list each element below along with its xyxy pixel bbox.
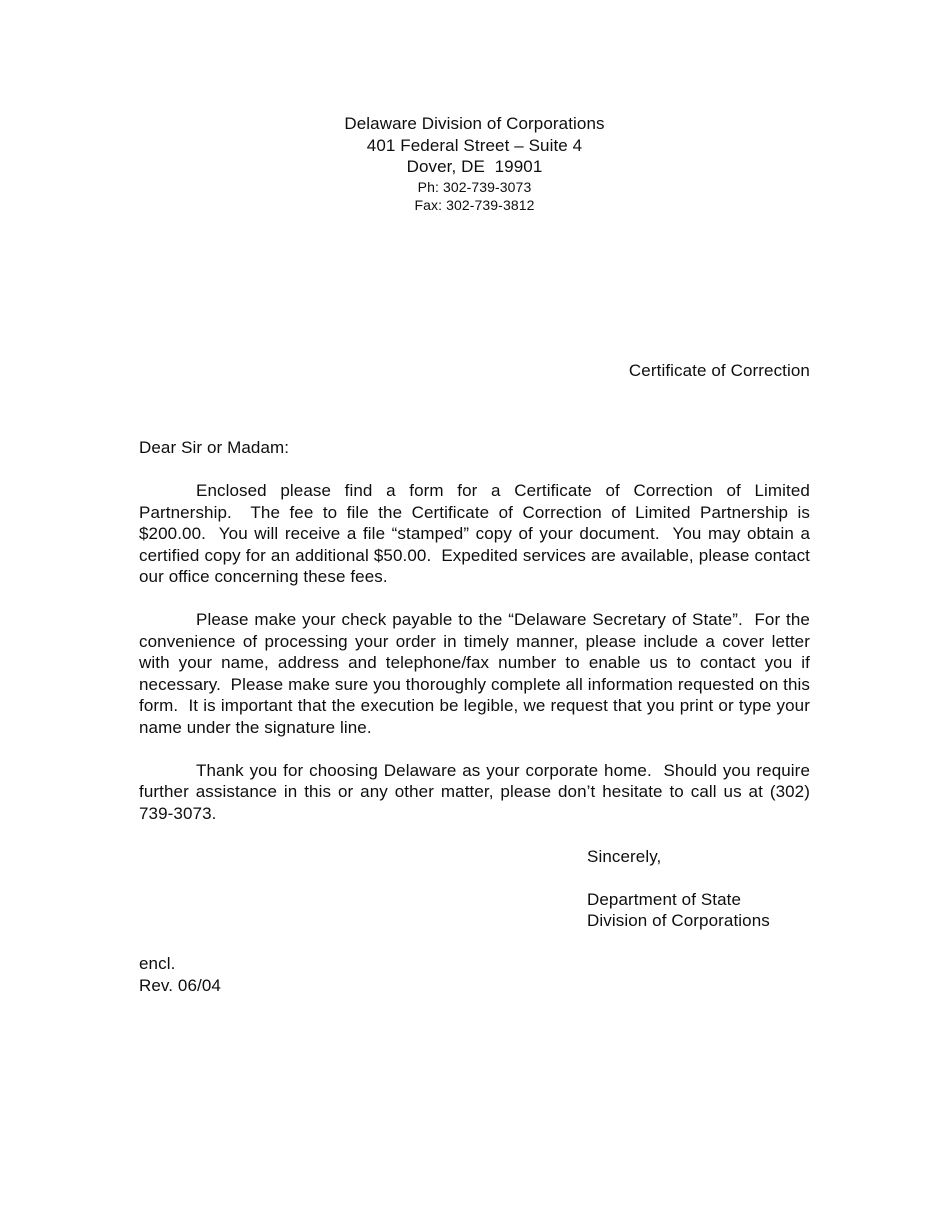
letterhead: Delaware Division of Corporations 401 Fe… [139,113,810,215]
footer-block: encl. Rev. 06/04 [139,953,810,996]
revision-note: Rev. 06/04 [139,975,810,997]
salutation: Dear Sir or Madam: [139,437,810,459]
subject-line: Certificate of Correction [139,360,810,382]
city-state-zip: Dover, DE 19901 [139,156,810,178]
signer-department: Department of State [587,889,810,911]
organization-name: Delaware Division of Corporations [139,113,810,135]
enclosure-note: encl. [139,953,810,975]
fax-number: Fax: 302-739-3812 [139,196,810,215]
valediction: Sincerely, [587,846,810,868]
paragraph-thank-you: Thank you for choosing Delaware as your … [139,760,810,825]
paragraph-check-instructions: Please make your check payable to the “D… [139,609,810,738]
signer-division: Division of Corporations [587,910,810,932]
closing-block: Sincerely, Department of State Division … [587,846,810,932]
street-address: 401 Federal Street – Suite 4 [139,135,810,157]
phone-number: Ph: 302-739-3073 [139,178,810,197]
paragraph-fees: Enclosed please find a form for a Certif… [139,480,810,588]
letter-page: Delaware Division of Corporations 401 Fe… [0,0,950,1230]
